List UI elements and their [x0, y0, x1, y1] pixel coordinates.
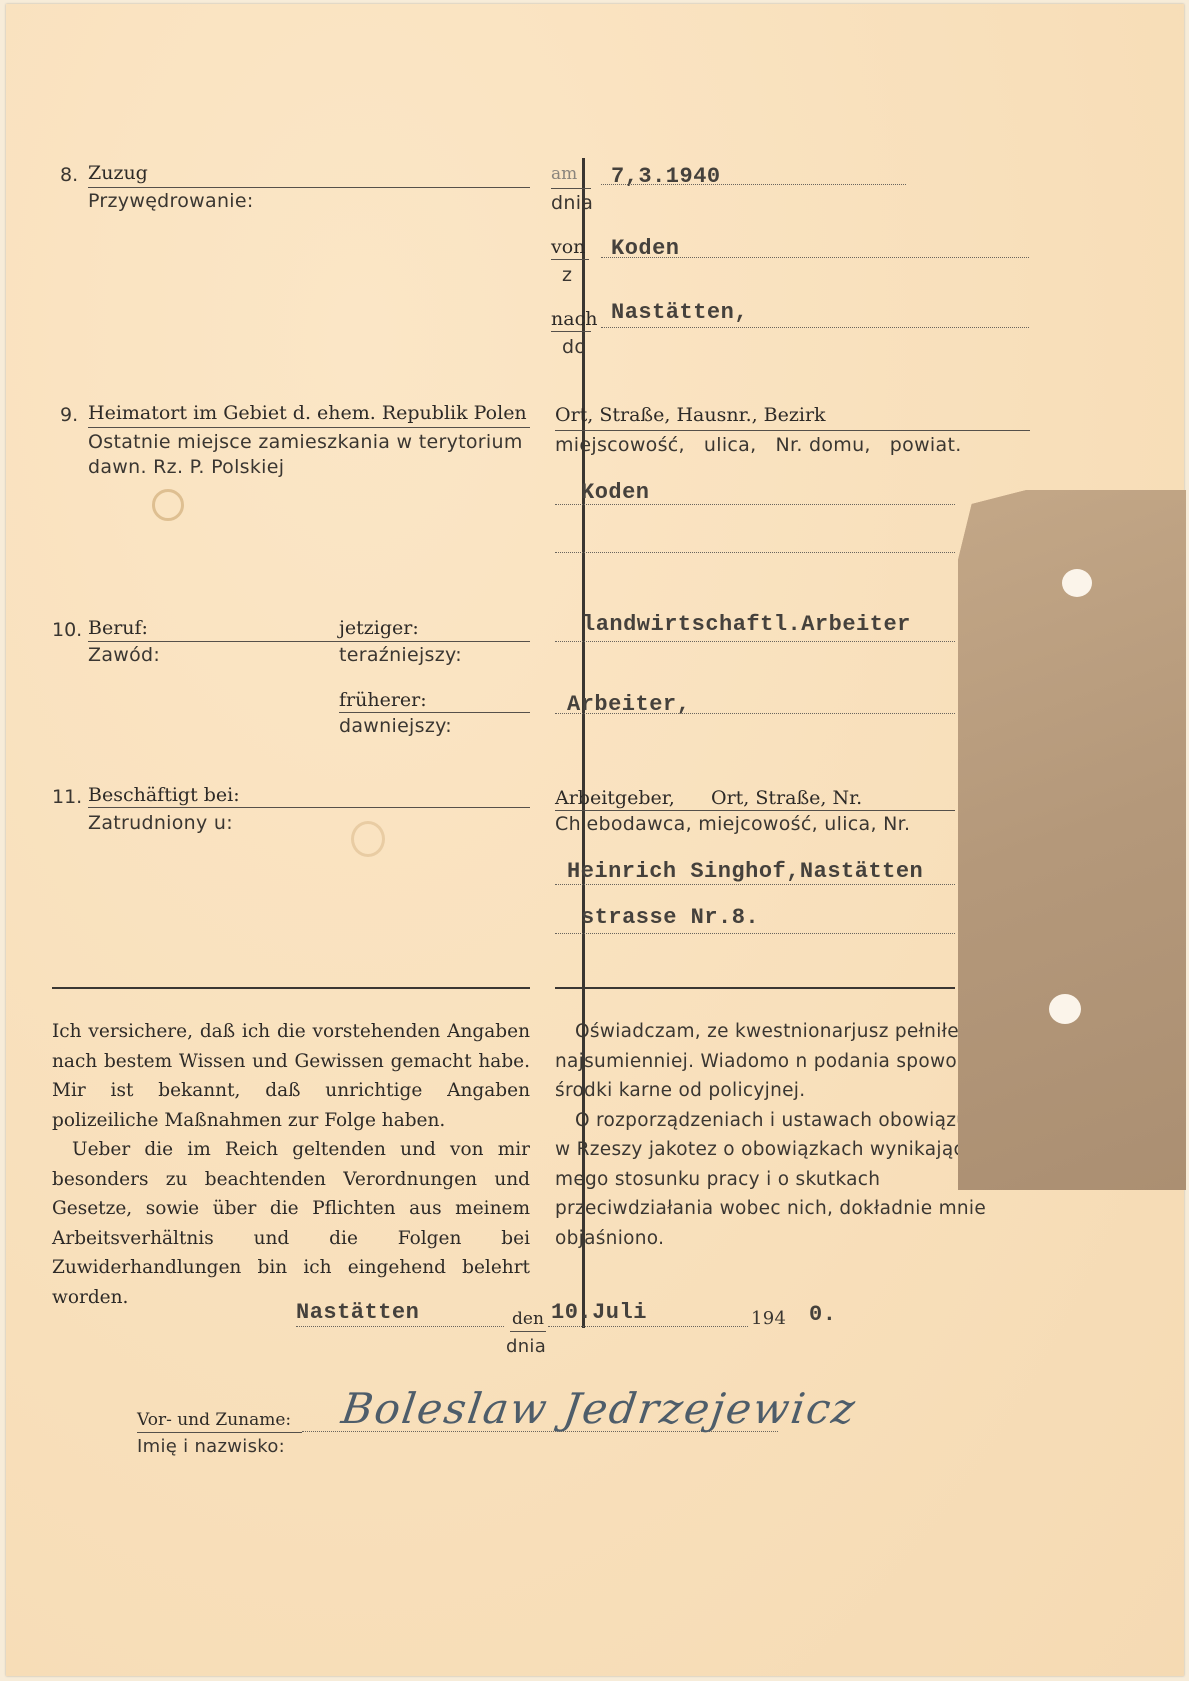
from-dots [601, 257, 1029, 258]
employer-header-rule [555, 810, 955, 811]
to-label-rule [551, 331, 591, 332]
current-label-pl: teraźniejszy: [339, 644, 462, 666]
to-field[interactable]: Nastätten, [611, 300, 748, 325]
handwritten-signature: Boleslaw Jedrzejewicz [339, 1384, 860, 1433]
section10-underline [88, 641, 530, 642]
sign-date-rule [510, 1331, 546, 1332]
section8-label-de: Zuzug [88, 162, 148, 184]
year-suffix-field[interactable]: 0. [809, 1302, 836, 1327]
employer-header-de: Arbeitgeber, Ort, Straße, Nr. [555, 787, 862, 809]
section11-number: 11. [52, 786, 82, 808]
to-label-pl: do [562, 336, 586, 358]
section10-number: 10. [52, 619, 82, 641]
year-prefix: 194 [751, 1308, 786, 1329]
from-label-de: von [551, 236, 585, 258]
declaration-separator-right [555, 987, 955, 989]
arrival-date-field[interactable]: 7,3.1940 [611, 164, 721, 189]
sign-date-label-pl: dnia [506, 1336, 546, 1357]
declaration-de-paragraph-1: Ich versichere, daß ich die vorstehenden… [52, 1017, 530, 1135]
section8-number: 8. [60, 164, 78, 186]
employer-field-2[interactable]: strasse Nr.8. [581, 905, 759, 930]
section11-label-pl: Zatrudniony u: [88, 812, 233, 834]
section8-label-pl: Przywędrowanie: [88, 190, 254, 212]
address-header-pl: miejscowość, ulica, Nr. domu, powiat. [555, 434, 962, 456]
employer-field-1[interactable]: Heinrich Singhof,Nastätten [567, 859, 923, 884]
address-header-rule [555, 430, 1030, 431]
section8-underline [88, 187, 530, 188]
name-label-de: Vor- und Zuname: [137, 1410, 291, 1430]
place-dots [296, 1326, 504, 1327]
arrival-date-dots [601, 184, 906, 185]
declaration-separator-left [52, 987, 530, 989]
declaration-de-paragraph-2: Ueber die im Reich geltenden und von mir… [52, 1135, 530, 1312]
section9-number: 9. [60, 404, 78, 426]
name-label-pl: Imię i nazwisko: [137, 1436, 285, 1457]
section9-label-pl-2: dawn. Rz. P. Polskiej [88, 456, 284, 478]
section11-underline [88, 807, 530, 808]
place-field[interactable]: Nastätten [296, 1300, 419, 1325]
former-occupation-dots [555, 713, 955, 714]
punch-hole-bottom [1049, 994, 1081, 1024]
section9-label-de: Heimatort im Gebiet d. ehem. Republik Po… [88, 402, 527, 424]
to-dots [601, 327, 1029, 328]
section9-label-pl-1: Ostatnie miejsce zamieszkania w terytori… [88, 431, 523, 453]
employer-dots-1 [555, 884, 955, 885]
section10-label-de: Beruf: [88, 617, 148, 639]
former-label-de: früherer: [339, 689, 427, 711]
former-label-rule [339, 712, 530, 713]
sign-date-field[interactable]: 10.Juli [551, 1300, 647, 1325]
to-label-de: nach [551, 308, 597, 330]
current-occupation-dots [555, 641, 955, 642]
section11-label-de: Beschäftigt bei: [88, 784, 240, 806]
sign-date-dots [548, 1326, 748, 1327]
from-label-rule [551, 259, 589, 260]
former-label-pl: dawniejszy: [339, 715, 452, 737]
employer-dots-2 [555, 933, 955, 934]
from-label-pl: z [562, 264, 572, 286]
declaration-de: Ich versichere, daß ich die vorstehenden… [52, 1017, 530, 1312]
address-dots-1 [555, 504, 955, 505]
address-dots-2 [555, 552, 955, 553]
current-occupation-field[interactable]: landwirtschaftl.Arbeiter [582, 612, 911, 637]
address-field-1[interactable]: Koden [581, 480, 650, 505]
current-label-de: jetziger: [339, 617, 419, 639]
form-page: 8. Zuzug Przywędrowanie: am dnia 7,3.194… [6, 4, 1184, 1676]
stain-ring [152, 489, 184, 521]
stain-ring [351, 821, 385, 857]
section9-underline [88, 427, 530, 428]
date-label-de: am [551, 164, 577, 184]
employer-header-pl: Chlebodawca, miejcowość, ulica, Nr. [555, 813, 910, 835]
address-header-de: Ort, Straße, Hausnr., Bezirk [555, 404, 826, 426]
section10-label-pl: Zawód: [88, 644, 160, 666]
punch-hole-top [1062, 569, 1092, 597]
sign-date-label-de: den [512, 1309, 544, 1329]
name-label-rule [137, 1432, 302, 1433]
date-label-rule [551, 188, 591, 189]
date-label-pl: dnia [551, 192, 593, 214]
